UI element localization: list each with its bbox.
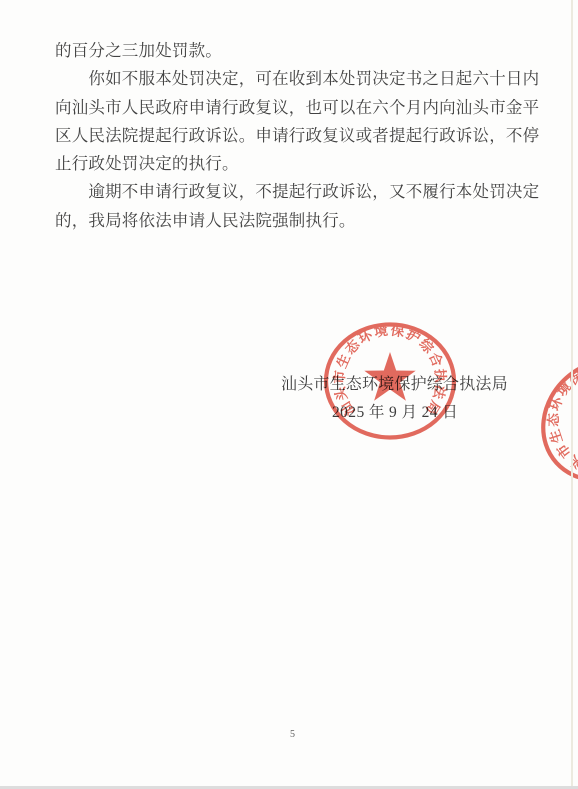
partial-edge-seal: 汕头市生态环境保护综合执法局 xyxy=(508,324,578,516)
text-line: 你如不服本处罚决定，可在收到本处罚决定书之日起六十日内 xyxy=(55,65,523,93)
svg-text:汕头市生态环境保护综合执法局: 汕头市生态环境保护综合执法局 xyxy=(520,336,578,488)
text-line: 向汕头市人民政府申请行政复议，也可以在六个月内向汕头市金平 xyxy=(55,94,523,122)
text-line: 的百分之三加处罚款。 xyxy=(55,37,523,65)
document-page: 的百分之三加处罚款。 你如不服本处罚决定，可在收到本处罚决定书之日起六十日内 向… xyxy=(0,0,578,789)
official-seal: 汕头市生态环境保护综合执法局 xyxy=(322,313,458,449)
text-line: 区人民法院提起行政诉讼。申请行政复议或者提起行政诉讼，不停 xyxy=(55,122,523,150)
seal-arc-text: 汕头市生态环境保护综合执法局 xyxy=(520,336,578,488)
text-line: 止行政处罚决定的执行。 xyxy=(55,150,523,178)
page-number: 5 xyxy=(290,729,295,740)
body-text: 的百分之三加处罚款。 你如不服本处罚决定，可在收到本处罚决定书之日起六十日内 向… xyxy=(55,37,523,235)
right-edge-scan-line xyxy=(571,0,573,789)
text-line: 的，我局将依法申请人民法院强制执行。 xyxy=(55,207,523,235)
text-line: 逾期不申请行政复议，不提起行政诉讼，又不履行本处罚决定 xyxy=(55,178,523,206)
seal-star-icon xyxy=(364,352,415,401)
